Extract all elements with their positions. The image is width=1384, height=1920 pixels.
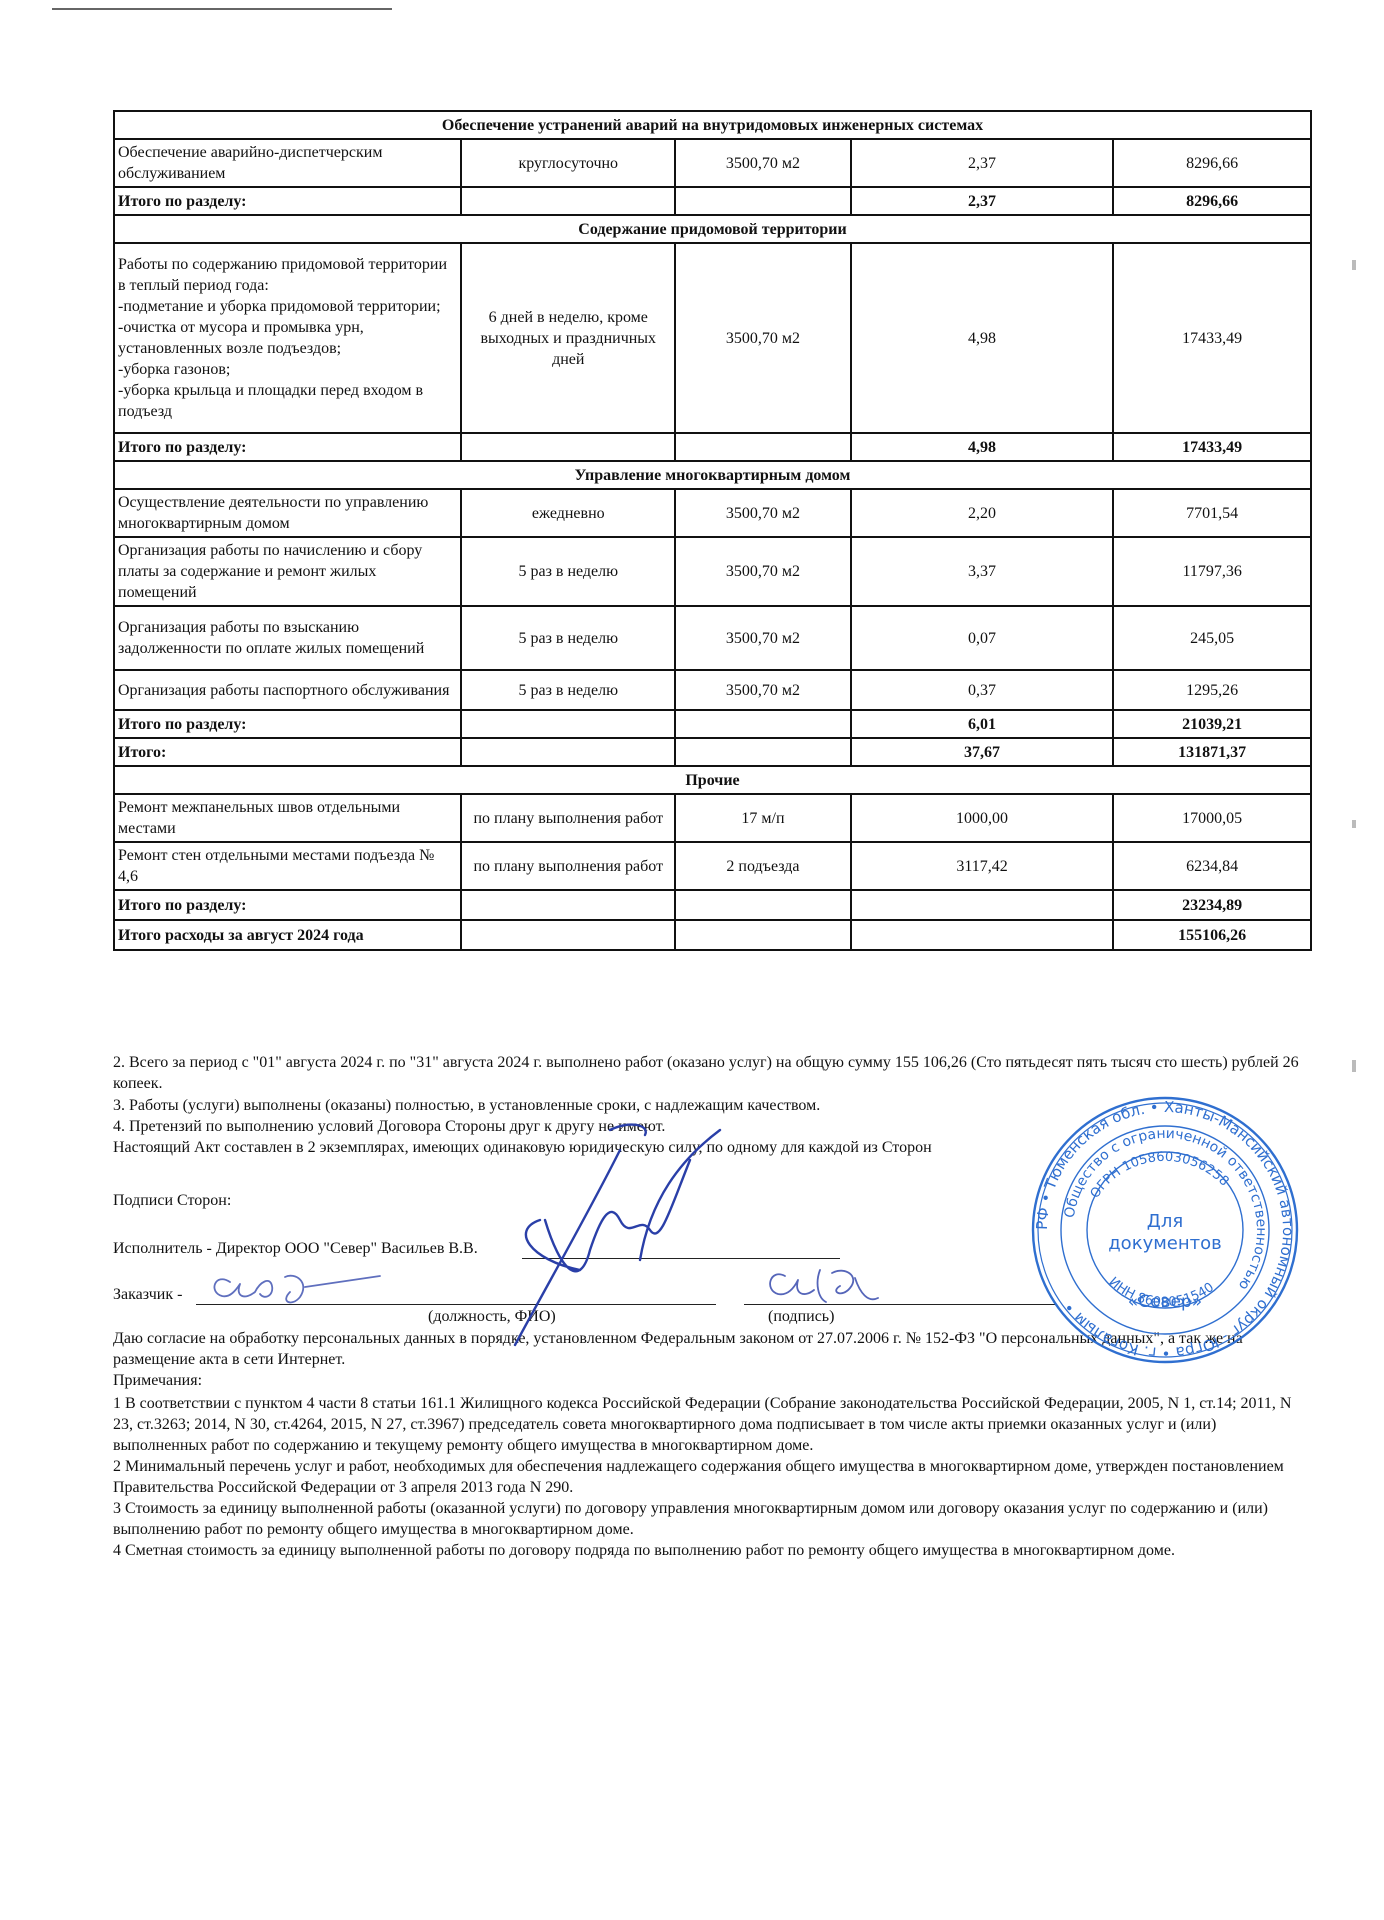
notes-heading: Примечания: [113,1370,1313,1391]
service-sum: 245,05 [1113,606,1311,670]
svg-text:«Север»: «Север» [1128,1292,1202,1312]
total-rate: 4,98 [851,433,1113,461]
scan-artifact [1352,260,1356,270]
service-rate: 0,07 [851,606,1113,670]
table-row: Осуществление деятельности по управлению… [114,489,1311,537]
service-name: Осуществление деятельности по управлению… [114,489,461,537]
service-volume: 3500,70 м2 [675,670,851,710]
service-frequency: 5 раз в неделю [461,670,675,710]
svg-text:документов: документов [1108,1233,1222,1254]
total-label: Итого расходы за август 2024 года [114,920,461,950]
service-rate: 0,37 [851,670,1113,710]
service-frequency: 5 раз в неделю [461,537,675,606]
service-name: Организация работы по взысканию задолжен… [114,606,461,670]
total-label: Итого по разделу: [114,710,461,738]
service-rate: 4,98 [851,243,1113,433]
service-volume: 3500,70 м2 [675,139,851,187]
services-table: Обеспечение устранений аварий на внутрид… [113,110,1312,951]
service-sum: 8296,66 [1113,139,1311,187]
total-row: Итого по разделу: 4,98 17433,49 [114,433,1311,461]
service-frequency: по плану выполнения работ [461,842,675,890]
service-sum: 17433,49 [1113,243,1311,433]
service-rate: 1000,00 [851,794,1113,842]
total-sum: 8296,66 [1113,187,1311,215]
scan-artifact [1352,1060,1356,1072]
service-volume: 17 м/п [675,794,851,842]
customer-position-signature [200,1262,390,1312]
note-1: 1 В соответствии с пунктом 4 части 8 ста… [113,1393,1313,1456]
section-header: Управление многоквартирным домом [114,461,1311,489]
service-sum: 1295,26 [1113,670,1311,710]
note-2: 2 Минимальный перечень услуг и работ, не… [113,1456,1313,1498]
service-frequency: 5 раз в неделю [461,606,675,670]
clause-2: 2. Всего за период с "01" августа 2024 г… [113,1052,1313,1094]
service-frequency: ежедневно [461,489,675,537]
total-rate [851,890,1113,920]
service-sum: 7701,54 [1113,489,1311,537]
table-row: Работы по содержанию придомовой территор… [114,243,1311,433]
company-stamp: РФ • Тюменская обл. • Ханты-Мансийский а… [1030,1095,1300,1365]
service-volume: 3500,70 м2 [675,489,851,537]
service-sum: 17000,05 [1113,794,1311,842]
service-rate: 2,37 [851,139,1113,187]
total-row: Итого по разделу: 23234,89 [114,890,1311,920]
service-frequency: по плану выполнения работ [461,794,675,842]
service-volume: 2 подъезда [675,842,851,890]
table-row: Организация работы паспортного обслужива… [114,670,1311,710]
service-volume: 3500,70 м2 [675,606,851,670]
service-rate: 3117,42 [851,842,1113,890]
section-header: Содержание придомовой территории [114,215,1311,243]
service-name: Ремонт межпанельных швов отдельными мест… [114,794,461,842]
service-name: Работы по содержанию придомовой территор… [114,243,461,433]
service-name: Обеспечение аварийно-диспетчерским обслу… [114,139,461,187]
service-volume: 3500,70 м2 [675,537,851,606]
service-name: Ремонт стен отдельными местами подъезда … [114,842,461,890]
total-sum: 131871,37 [1113,738,1311,766]
section-header: Прочие [114,766,1311,794]
customer-label: Заказчик - [113,1284,182,1305]
total-label: Итого по разделу: [114,187,461,215]
table-row: Организация работы по взысканию задолжен… [114,606,1311,670]
service-name: Организация работы паспортного обслужива… [114,670,461,710]
note-4: 4 Сметная стоимость за единицу выполненн… [113,1540,1313,1561]
total-sum: 23234,89 [1113,890,1311,920]
service-rate: 2,20 [851,489,1113,537]
total-row: Итого: 37,67 131871,37 [114,738,1311,766]
service-volume: 3500,70 м2 [675,243,851,433]
svg-text:Для: Для [1147,1211,1183,1232]
section-header: Обеспечение устранений аварий на внутрид… [114,111,1311,139]
total-label: Итого: [114,738,461,766]
executor-label: Исполнитель - Директор ООО "Север" Васил… [113,1238,478,1259]
service-sum: 11797,36 [1113,537,1311,606]
service-frequency: круглосуточно [461,139,675,187]
total-row: Итого по разделу: 6,01 21039,21 [114,710,1311,738]
table-row: Организация работы по начислению и сбору… [114,537,1311,606]
table-row: Ремонт межпанельных швов отдельными мест… [114,794,1311,842]
total-rate: 6,01 [851,710,1113,738]
total-rate: 2,37 [851,187,1113,215]
service-frequency: 6 дней в неделю, кроме выходных и праздн… [461,243,675,433]
service-rate: 3,37 [851,537,1113,606]
total-label: Итого по разделу: [114,890,461,920]
table-row: Ремонт стен отдельными местами подъезда … [114,842,1311,890]
executor-signature [470,1120,730,1350]
service-name: Организация работы по начислению и сбору… [114,537,461,606]
note-3: 3 Стоимость за единицу выполненной работ… [113,1498,1313,1540]
total-label: Итого по разделу: [114,433,461,461]
scan-artifact [1352,820,1356,828]
total-sum: 17433,49 [1113,433,1311,461]
total-rate [851,920,1113,950]
customer-signature [760,1258,890,1314]
total-sum: 21039,21 [1113,710,1311,738]
table-row: Обеспечение аварийно-диспетчерским обслу… [114,139,1311,187]
service-sum: 6234,84 [1113,842,1311,890]
total-row: Итого расходы за август 2024 года 155106… [114,920,1311,950]
total-row: Итого по разделу: 2,37 8296,66 [114,187,1311,215]
top-rule [52,8,392,10]
total-sum: 155106,26 [1113,920,1311,950]
total-rate: 37,67 [851,738,1113,766]
